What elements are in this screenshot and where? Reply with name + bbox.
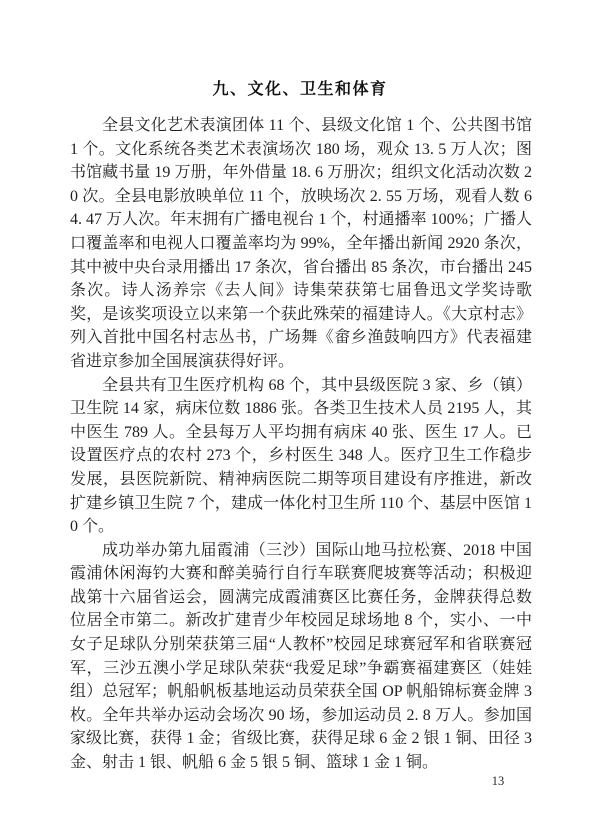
paragraph-sports: 成功举办第九届霞浦（三沙）国际山地马拉松赛、2018 中国霞浦休闲海钓大赛和醉美…	[70, 539, 532, 775]
section-title: 九、文化、卫生和体育	[0, 76, 600, 99]
document-body: 全县文化艺术表演团体 11 个、县级文化馆 1 个、公共图书馆 1 个。文化系统…	[70, 114, 532, 775]
page-number: 13	[486, 774, 510, 789]
paragraph-health: 全县共有卫生医疗机构 68 个，其中县级医院 3 家、乡（镇）卫生院 14 家，…	[70, 374, 532, 539]
document-page: 九、文化、卫生和体育 全县文化艺术表演团体 11 个、县级文化馆 1 个、公共图…	[0, 0, 600, 828]
paragraph-culture: 全县文化艺术表演团体 11 个、县级文化馆 1 个、公共图书馆 1 个。文化系统…	[70, 114, 532, 374]
